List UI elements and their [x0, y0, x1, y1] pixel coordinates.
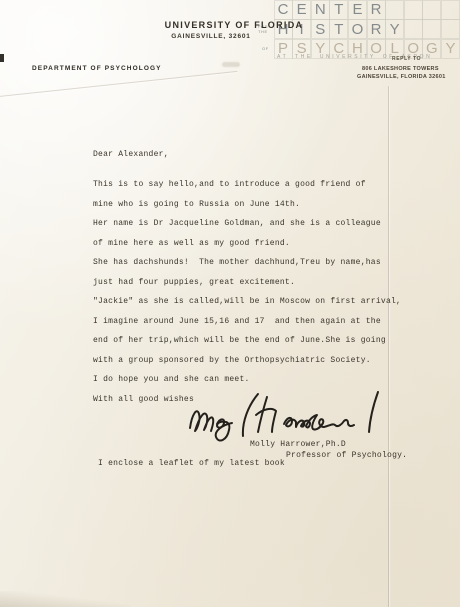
watermark-cell: O [348, 19, 367, 39]
reply-to-label: REPLY TO [392, 56, 421, 62]
letter-line: She has dachshunds! The mother dachhund,… [93, 253, 401, 273]
watermark-cell [404, 19, 423, 39]
letter-line: just had four puppies, great excitement. [93, 273, 401, 293]
letter-line: Her name is Dr Jacqueline Goldman, and s… [93, 214, 401, 234]
typed-title: Professor of Psychology. [286, 451, 407, 460]
watermark-cell [385, 0, 404, 20]
watermark-cell: T [329, 19, 348, 39]
letter-line: "Jackie" as she is called,will be in Mos… [93, 292, 401, 312]
enclosure-note: I enclose a leaflet of my latest book [98, 459, 285, 468]
letterhead-department: DEPARTMENT OF PSYCHOLOGY [32, 65, 162, 72]
letter-line: of mine here as well as my good friend. [93, 234, 401, 254]
letterhead-university: UNIVERSITY OF FLORIDA [150, 20, 318, 30]
letter-line: This is to say hello,and to introduce a … [93, 175, 401, 195]
typed-name: Molly Harrower,Ph.D [250, 440, 346, 449]
paper-corner-shadow [0, 591, 130, 607]
letter-line: with a group sponsored by the Orthopsych… [93, 351, 401, 371]
letter-line: end of her trip,which will be the end of… [93, 331, 401, 351]
watermark-cell: N [311, 0, 330, 20]
letterhead-city-zip: GAINESVILLE, 32601 [156, 33, 266, 40]
watermark-cell [441, 0, 460, 20]
watermark-cell: Y [385, 19, 404, 39]
watermark-tagline: AT THE UNIVERSITY OF AKRON [277, 54, 455, 60]
watermark-cell: C [274, 0, 293, 20]
watermark-cell [422, 19, 441, 39]
reply-address-line-2: GAINESVILLE, FLORIDA 32601 [357, 74, 446, 80]
scan-edge-mark [0, 54, 4, 62]
watermark-cell: E [292, 0, 311, 20]
watermark-cell: R [367, 19, 386, 39]
pencil-smudge [222, 62, 240, 67]
watermark-cell [441, 19, 460, 39]
letter-line: I imagine around June 15,16 and 17 and t… [93, 312, 401, 332]
watermark-cell: T [329, 0, 348, 20]
watermark-cell: E [348, 0, 367, 20]
watermark-small-word-of: of [262, 46, 269, 51]
watermark-cell: R [367, 0, 386, 20]
letter-line: mine who is going to Russia on June 14th… [93, 195, 401, 215]
watermark-cell [404, 0, 423, 20]
signature-molly-harrower [182, 386, 397, 444]
reply-address-line-1: 806 LAKESHORE TOWERS [362, 66, 439, 72]
salutation: Dear Alexander, [93, 150, 169, 159]
watermark-cell [422, 0, 441, 20]
letter-body: This is to say hello,and to introduce a … [93, 175, 401, 409]
paper-crease [0, 71, 237, 98]
scanned-letter-page: CENTERHISTORYPSYCHOLOGY for the of AT TH… [0, 0, 460, 607]
